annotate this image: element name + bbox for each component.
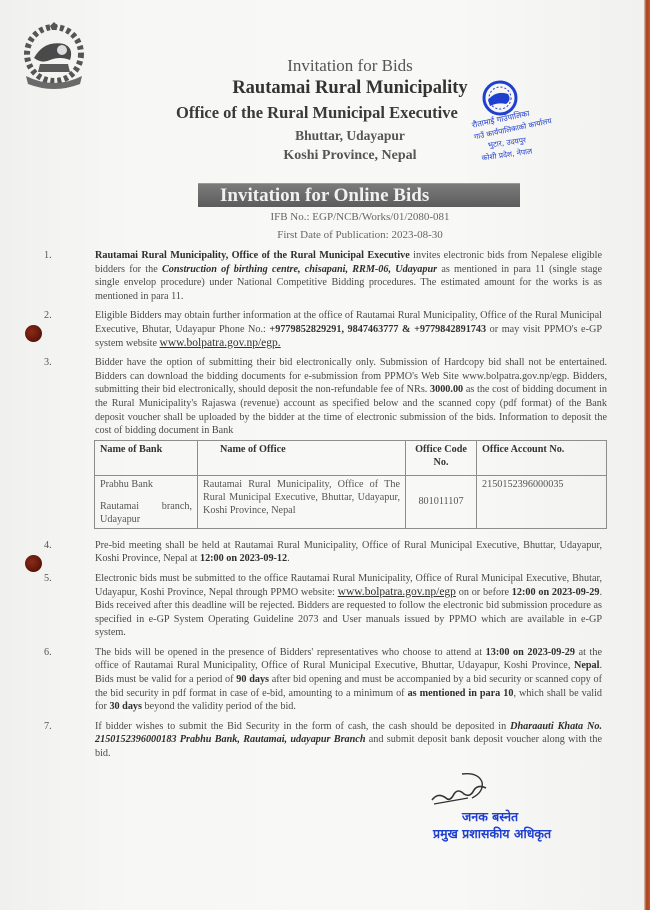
bolpatra-link[interactable]: www.bolpatra.gov.np/egp. — [160, 337, 281, 349]
paper-edge — [644, 0, 650, 910]
phone-numbers: +9779852829291, 9847463777 & +9779842891… — [269, 324, 486, 335]
clause-text-fragment: . — [287, 553, 290, 564]
signatory-name: जनक बस्नेत — [462, 808, 518, 825]
security-validity: 30 days — [109, 701, 142, 712]
header-office-code: Office Code No. — [406, 440, 477, 475]
cell-office: Rautamai Rural Municipality, Office of T… — [198, 475, 406, 528]
clause-text-fragment: Pre-bid meeting shall be held at Rautama… — [95, 540, 602, 565]
table-row: Prabhu Bank Rautamai branch, Udayapur Ra… — [95, 475, 607, 528]
clause-text: Electronic bids must be submitted to the… — [95, 572, 610, 640]
clause-number: 3. — [40, 356, 95, 533]
clause-text-fragment: If bidder wishes to submit the Bid Secur… — [95, 721, 510, 732]
document-page: रौतामाई गाउँपालिका गाउँ कार्यपालिकाको का… — [0, 0, 644, 910]
minimum-security: as mentioned in para 10 — [408, 688, 514, 699]
bid-opening-time: 13:00 on 2023-09-29 — [486, 647, 575, 658]
office-address: Bhuttar, Udayapur — [150, 128, 550, 144]
clause-text-fragment: on or before — [456, 587, 512, 598]
clause-text: Bidder have the option of submitting the… — [95, 356, 615, 533]
municipality-name: Rautamai Rural Municipality — [150, 78, 550, 99]
punch-hole — [25, 325, 42, 342]
clause-number: 6. — [40, 646, 95, 714]
clause-text: The bids will be opened in the presence … — [95, 646, 610, 714]
clause-text: Rautamai Rural Municipality, Office of t… — [95, 249, 610, 303]
office-name: Office of the Rural Municipal Executive — [120, 103, 576, 123]
bid-validity: 90 days — [236, 674, 269, 685]
clause-number: 1. — [40, 249, 95, 303]
cell-office-code: 801011107 — [406, 475, 477, 528]
works-name: Construction of birthing centre, chisapa… — [162, 264, 437, 275]
employer-name: Rautamai Rural Municipality, Office of t… — [95, 250, 410, 261]
bolpatra-link[interactable]: www.bolpatra.gov.np/egp — [338, 586, 456, 598]
bank-deposit-table: Name of Bank Name of Office Office Code … — [94, 440, 607, 529]
cell-bank: Prabhu Bank Rautamai branch, Udayapur — [95, 475, 198, 528]
clause-text-fragment: The bids will be opened in the presence … — [95, 647, 486, 658]
document-fee: 3000.00 — [430, 384, 463, 395]
publication-date: First Date of Publication: 2023-08-30 — [200, 229, 520, 241]
handwritten-signature-icon — [428, 772, 498, 808]
signatory-designation: प्रमुख प्रशासकीय अधिकृत — [433, 825, 551, 842]
clause-1: 1. Rautamai Rural Municipality, Office o… — [40, 249, 610, 303]
province-country: Koshi Province, Nepal — [150, 148, 550, 164]
clause-number: 7. — [40, 720, 95, 761]
header-office-name: Name of Office — [198, 440, 406, 475]
country-name: Nepal — [574, 660, 599, 671]
prebid-meeting-time: 12:00 on 2023-09-12 — [200, 553, 287, 564]
header-bank-name: Name of Bank — [95, 440, 198, 475]
clause-text: If bidder wishes to submit the Bid Secur… — [95, 720, 610, 761]
clause-text: Eligible Bidders may obtain further info… — [95, 309, 610, 350]
submission-deadline: 12:00 on 2023-09-29 — [512, 587, 600, 598]
clause-number: 5. — [40, 572, 95, 640]
bank-branch: Rautamai branch, Udayapur — [100, 500, 192, 526]
clause-2: 2. Eligible Bidders may obtain further i… — [40, 309, 610, 350]
banner-title: Invitation for Online Bids — [220, 185, 429, 207]
clause-text: Pre-bid meeting shall be held at Rautama… — [95, 539, 610, 566]
header-account-no: Office Account No. — [477, 440, 607, 475]
punch-hole — [25, 555, 42, 572]
bid-clauses-list: 1. Rautamai Rural Municipality, Office o… — [40, 249, 610, 767]
table-header-row: Name of Bank Name of Office Office Code … — [95, 440, 607, 475]
clause-5: 5. Electronic bids must be submitted to … — [40, 572, 610, 640]
clause-text-fragment: beyond the validity period of the bid. — [142, 701, 296, 712]
clause-number: 4. — [40, 539, 95, 566]
online-bids-banner: Invitation for Online Bids — [198, 183, 520, 207]
clause-3: 3. Bidder have the option of submitting … — [40, 356, 610, 533]
nepal-government-emblem-icon — [20, 20, 88, 94]
clause-7: 7. If bidder wishes to submit the Bid Se… — [40, 720, 610, 761]
header-title: Invitation for Bids — [150, 56, 550, 76]
bank-name: Prabhu Bank — [100, 478, 192, 491]
clause-6: 6. The bids will be opened in the presen… — [40, 646, 610, 714]
clause-number: 2. — [40, 309, 95, 350]
ifb-number: IFB No.: EGP/NCB/Works/01/2080-081 — [200, 211, 520, 223]
clause-4: 4. Pre-bid meeting shall be held at Raut… — [40, 539, 610, 566]
cell-account-no: 2150152396000035 — [477, 475, 607, 528]
